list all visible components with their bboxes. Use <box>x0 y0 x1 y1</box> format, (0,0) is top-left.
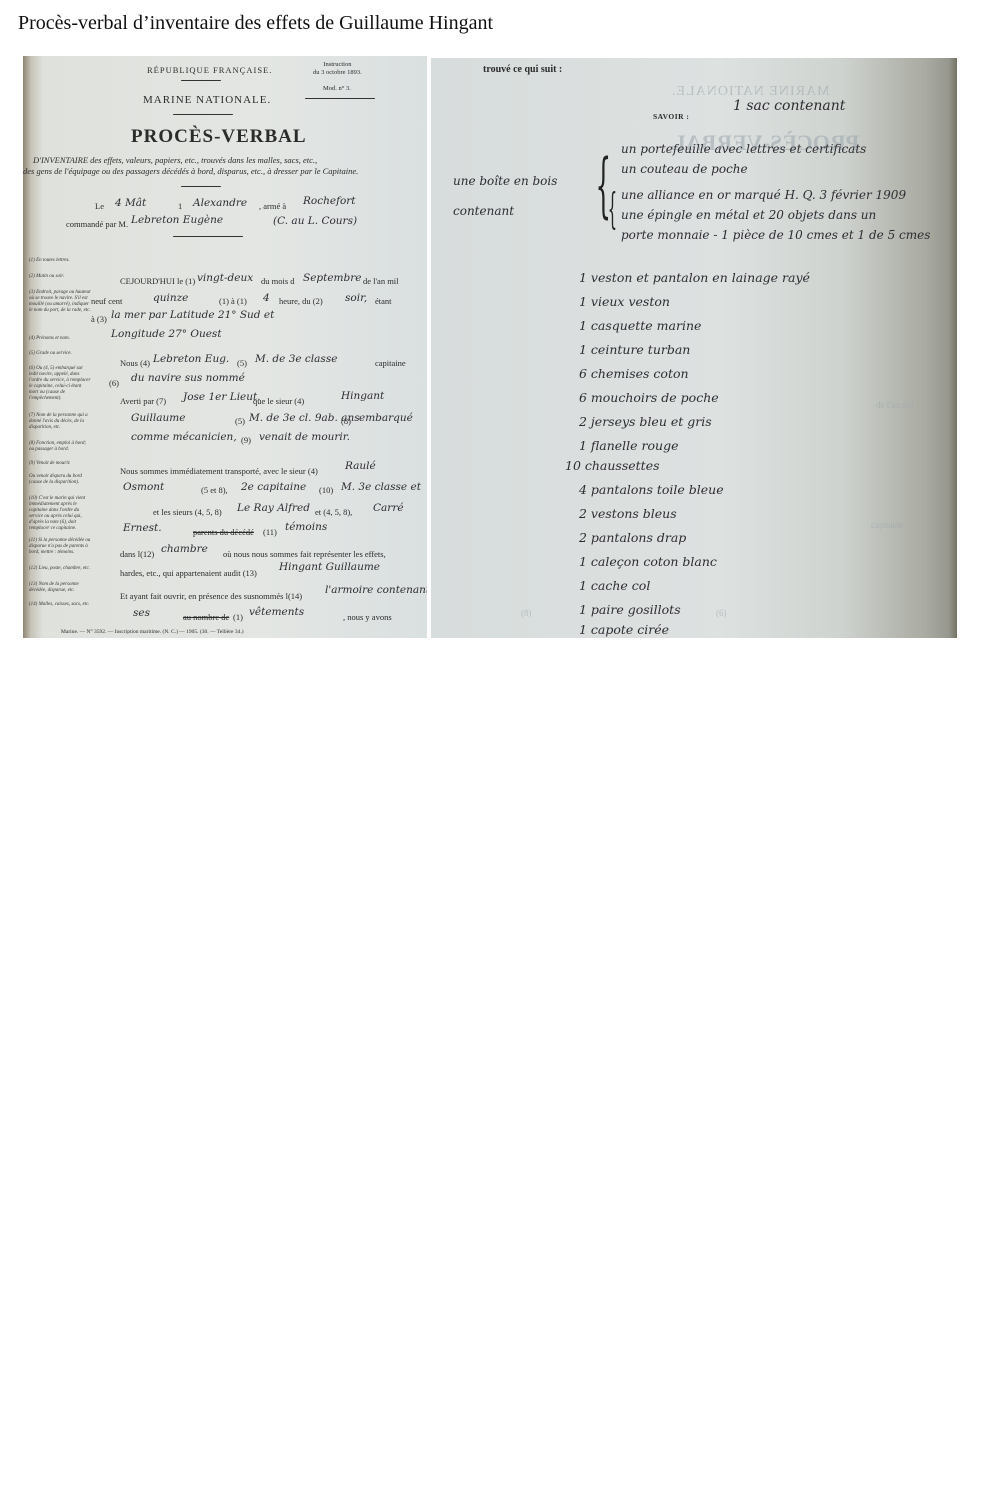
inventory-item: 2 pantalons drap <box>579 530 686 545</box>
armed-label: , armé à <box>259 201 286 211</box>
handwritten-witness-3: Carré <box>373 502 404 514</box>
handwritten-deceased-surname: Hingant <box>341 390 384 402</box>
ship-number: 1 <box>178 201 182 211</box>
handwritten-function: comme mécanicien, <box>131 431 237 443</box>
inventory-item: 1 caleçon coton blanc <box>579 554 717 569</box>
margin-note: (10) C'est le marin qui vient immédiatem… <box>29 496 91 532</box>
form-text: heure, du (2) <box>279 296 323 306</box>
brace-icon: { <box>608 188 617 230</box>
form-text: neuf cent <box>91 296 122 306</box>
form-text: à (3) <box>91 314 107 324</box>
form-text: et (4, 5, 8), <box>315 507 352 517</box>
form-text: que le sieur (4) <box>253 396 304 406</box>
margin-note: (1) En toutes lettres. <box>29 258 91 264</box>
armed-port: Rochefort <box>303 195 356 207</box>
margin-note: (14) Malles, caisses, sacs, etc. <box>29 602 91 608</box>
handwritten-ship-ref: du navire sus nommé <box>131 372 245 384</box>
inventory-item: 2 jerseys bleu et gris <box>579 414 712 429</box>
struck-text: parents du décédé <box>193 527 254 537</box>
commander-name: Lebreton Eugène <box>131 214 223 226</box>
inventory-item: 1 ceinture turban <box>579 342 690 357</box>
republic-heading: RÉPUBLIQUE FRANÇAISE. <box>147 65 272 75</box>
form-text: Nous sommes immédiatement transporté, av… <box>120 466 318 476</box>
bleed-through-text: (8) <box>521 608 532 618</box>
handwritten-grade: M. de 3e classe <box>255 353 337 365</box>
form-footer: Marine. — N° 3592. — Inscription maritim… <box>61 629 244 635</box>
form-text: (1) <box>233 612 243 622</box>
handwritten-deceased-firstname: Guillaume <box>131 412 185 424</box>
inventory-item: 1 flanelle rouge <box>579 438 678 453</box>
margin-note: (9) Venait de mourir. <box>29 461 91 467</box>
box-label-contenant: contenant <box>453 204 514 218</box>
margin-note: (12) Lieu, poste, chambre, etc. <box>29 566 91 572</box>
handwritten-witness-2: Le Ray Alfred <box>237 502 310 514</box>
divider <box>305 98 375 99</box>
handwritten-witness-1-class: M. 3e classe et <box>341 481 421 493</box>
inventory-item: 1 paire gosillots <box>579 602 681 617</box>
form-text: dans l(12) <box>120 549 154 559</box>
handwritten-owner: Hingant Guillaume <box>279 561 380 573</box>
ship-name: Alexandre <box>193 197 247 209</box>
inventory-item: 6 mouchoirs de poche <box>579 390 719 405</box>
handwritten-witness-1-surname: Osmont <box>123 481 164 493</box>
inventory-item: 4 pantalons toile bleue <box>579 482 724 497</box>
handwritten-contents: vêtements <box>249 606 304 618</box>
handwritten-place: chambre <box>161 543 208 555</box>
handwritten-witness-1-grade: 2e capitaine <box>241 481 306 493</box>
form-text: CEJOURD'HUI le (1) <box>120 276 195 286</box>
form-text: (5) <box>237 358 247 368</box>
form-text: (5 et 8), <box>201 485 228 495</box>
handwritten-day: vingt-deux <box>197 272 253 284</box>
handwritten-witnesses: témoins <box>285 521 327 533</box>
margin-note: (2) Matin ou soir. <box>29 274 91 280</box>
inventory-item: 10 chaussettes <box>565 458 660 473</box>
form-text: (8) <box>341 416 351 426</box>
form-text: (10) <box>319 485 333 495</box>
box-label: une boîte en bois <box>453 174 557 188</box>
form-text: étant <box>375 296 392 306</box>
form-text: de l'an mil <box>363 276 399 286</box>
margin-note: (11) Si la personne décédée ou disparue … <box>29 538 91 556</box>
form-text: où nous nous sommes fait représenter les… <box>223 549 386 559</box>
handwritten-hour: 4 <box>263 292 270 304</box>
inventory-item: 2 vestons bleus <box>579 506 677 521</box>
instruction-note: Instruction du 3 octobre 1893. <box>313 61 362 77</box>
form-text: (9) <box>241 435 251 445</box>
handwritten-longitude: Longitude 27° Ouest <box>111 328 222 340</box>
inventory-item: 1 cache col <box>579 578 650 593</box>
commander-rank: (C. au L. Cours) <box>273 215 357 227</box>
bleed-through-text: (6) <box>716 608 727 618</box>
subtitle-line-1: D'INVENTAIRE des effets, valeurs, papier… <box>33 155 317 165</box>
margin-note: Ou venait disparu du bord (cause de la d… <box>29 474 91 486</box>
box-item: un portefeuille avec lettres et certific… <box>621 142 866 156</box>
instruction-line-1: Instruction <box>313 61 362 69</box>
box-item: une épingle en métal et 20 objets dans u… <box>621 208 876 222</box>
handwritten-container: l'armoire contenant <box>325 584 427 596</box>
savoir-label: SAVOIR : <box>653 112 689 121</box>
form-text: capitaine <box>375 358 406 368</box>
form-page-photo: RÉPUBLIQUE FRANÇAISE. Instruction du 3 o… <box>23 56 427 638</box>
divider <box>181 80 221 81</box>
inventory-page-photo: MARINE NATIONALE. PROCÈS-VERBAL de l'an … <box>431 58 957 638</box>
navy-heading: MARINE NATIONALE. <box>143 94 271 106</box>
box-item: porte monnaie - 1 pièce de 10 cmes et 1 … <box>621 228 930 242</box>
commanded-label: commandé par M. <box>66 219 128 229</box>
handwritten-captain: Lebreton Eug. <box>153 353 229 365</box>
margin-note: (3) Endroit, parage ou hauteur où se tro… <box>29 290 91 314</box>
document-title: PROCÈS-VERBAL <box>131 126 307 148</box>
form-text: hardes, etc., qui appartenaient audit (1… <box>120 568 257 578</box>
divider <box>173 236 243 237</box>
inventory-item: 1 casquette marine <box>579 318 701 333</box>
form-text: Et ayant fait ouvrir, en présence des su… <box>120 591 302 601</box>
inventory-item: 6 chemises coton <box>579 366 689 381</box>
inventory-item: 1 vieux veston <box>579 294 670 309</box>
handwritten-witness-1: Raulé <box>345 460 376 472</box>
divider <box>173 114 233 115</box>
page-title: Procès-verbal d’inventaire des effets de… <box>18 12 493 35</box>
ship-prefix: Le <box>95 201 104 211</box>
margin-note: (5) Grade ou service. <box>29 351 91 357</box>
form-text: (5) <box>235 416 245 426</box>
margin-note: (8) Fonction, emploi à bord; ou passager… <box>29 441 91 453</box>
handwritten-embarked: embarqué <box>359 412 413 424</box>
model-number: Mod. n° 3. <box>323 85 351 92</box>
found-heading: trouvé ce qui suit : <box>483 64 562 75</box>
divider <box>181 186 221 187</box>
form-text: Averti par (7) <box>120 396 166 406</box>
bleed-through-text: capitaine <box>871 520 903 530</box>
handwritten-event: venait de mourir. <box>259 431 350 443</box>
box-item: un couteau de poche <box>621 162 748 176</box>
form-text: Nous (4) <box>120 358 150 368</box>
handwritten-location: la mer par Latitude 21° Sud et <box>111 309 274 321</box>
handwritten-year: quinze <box>153 292 188 304</box>
form-text: du mois d <box>261 276 295 286</box>
handwritten-informant: Jose 1er Lieut. <box>183 391 261 403</box>
handwritten-month: Septembre <box>303 272 361 284</box>
bleed-through-text: de l'an mil <box>876 400 914 410</box>
box-item: une alliance en or marqué H. Q. 3 févrie… <box>621 188 906 202</box>
handwritten-time-of-day: soir, <box>345 292 367 304</box>
subtitle-line-2: des gens de l'équipage ou des passagers … <box>23 166 358 176</box>
form-text: , nous y avons <box>343 612 392 622</box>
handwritten-witness-3-firstname: Ernest. <box>123 522 162 534</box>
inventory-item: 1 capote cirée <box>579 622 669 637</box>
margin-note: (6) Ou (4, 5) embarqué sur ledit navire,… <box>29 366 91 402</box>
struck-text: au nombre de <box>183 612 229 622</box>
inventory-item: 1 veston et pantalon en lainage rayé <box>579 270 810 285</box>
form-text: (11) <box>263 527 277 537</box>
form-text: (6) <box>109 378 119 388</box>
instruction-line-2: du 3 octobre 1893. <box>313 69 362 77</box>
margin-note: (7) Nom de la personne qui a donné l'avi… <box>29 413 91 431</box>
form-text: et les sieurs (4, 5, 8) <box>153 507 222 517</box>
form-text: (1) à (1) <box>219 296 247 306</box>
handwritten-bag: 1 sac contenant <box>733 98 845 114</box>
margin-note: (4) Prénoms et nom. <box>29 336 91 342</box>
handwritten-ses: ses <box>133 607 150 619</box>
ship-type: 4 Mât <box>115 197 146 209</box>
margin-note: (13) Nom de la personne décédée, disparu… <box>29 582 91 594</box>
